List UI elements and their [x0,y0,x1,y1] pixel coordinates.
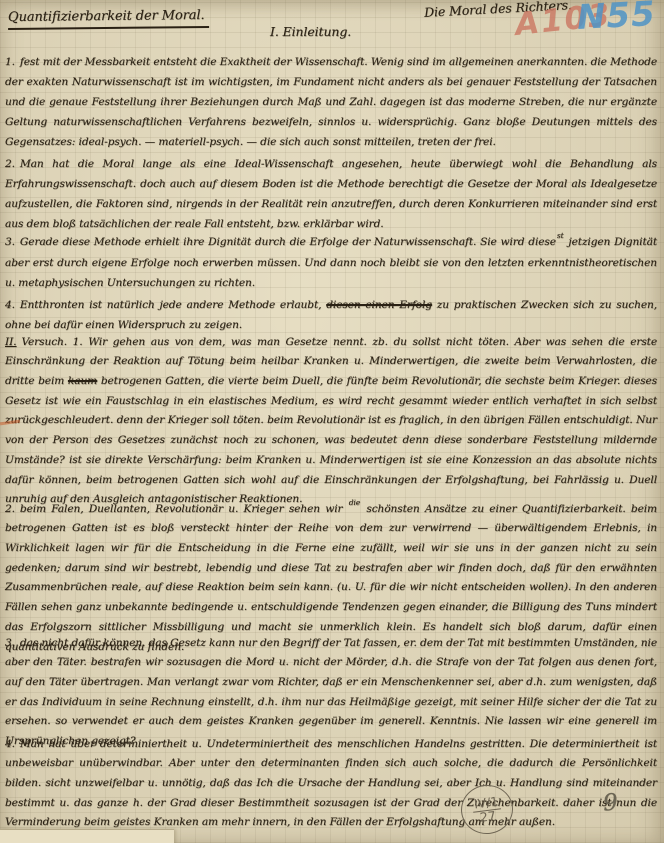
manuscript-page: Quantifizierbarkeit der Moral. Die Moral… [0,0,664,843]
paragraph-text: Man hat die Moral lange als eine Ideal-W… [5,158,657,230]
crossed-out-text: diesen einen Erfolg [326,299,432,311]
paragraph-i-4: 4.Entthronten ist natürlich jede andere … [5,295,657,335]
paragraph-text: das nicht dafür können. das Gesetz kann … [5,637,657,748]
page-title: Quantifizierbarkeit der Moral. [8,8,209,30]
paragraph-i-2: 2.Man hat die Moral lange als eine Ideal… [5,154,657,234]
paragraph-i-3: 3.Gerade diese Methode erhielt ihre Dign… [5,232,657,293]
paragraph-i-1: 1.fest mit der Messbarkeit entsteht die … [5,52,657,152]
paragraph-number: 4. [5,738,20,750]
paragraph-text: Man hat über determiniertheit u. Undeter… [5,738,657,829]
paragraph-text: schönsten Ansätze zu einer Quantifizierb… [5,503,657,653]
underlying-page-edge [0,829,174,843]
interline-insertion: die [348,498,361,507]
paragraph-number: 2. [5,158,20,170]
paragraph-number: 4. [5,299,20,311]
paragraph-text: betrogenen Gatten, die vierte beim Duell… [5,375,657,505]
interline-insertion: st [556,231,565,240]
paragraph-number: 3. [5,236,20,248]
section-heading-einleitung: I. Einleitung. [270,24,351,39]
paragraph-number: 2. [5,503,20,515]
paragraph-ii-1: II.Versuch. 1. Wir gehen aus von dem, wa… [5,333,657,510]
archive-mark-blue: N55 [576,0,657,38]
page-number: 9 [602,790,618,817]
paragraph-number: 1. [5,56,20,68]
paragraph-text: Gerade diese Methode erhielt ihre Dignit… [20,236,556,248]
paragraph-ii-4: 4.Man hat über determiniertheit u. Undet… [5,735,657,834]
stamp-bottom-value: 27 [479,810,496,824]
paragraph-text: Entthronten ist natürlich jede andere Me… [20,299,326,311]
paragraph-text: beim Falen, Duellanten, Revolutionär u. … [20,503,348,515]
paragraph-text: fest mit der Messbarkeit entsteht die Ex… [5,56,657,148]
section-number: II. [5,336,21,348]
paragraph-number: 3. [5,637,20,649]
crossed-out-text: kaum [68,375,97,387]
